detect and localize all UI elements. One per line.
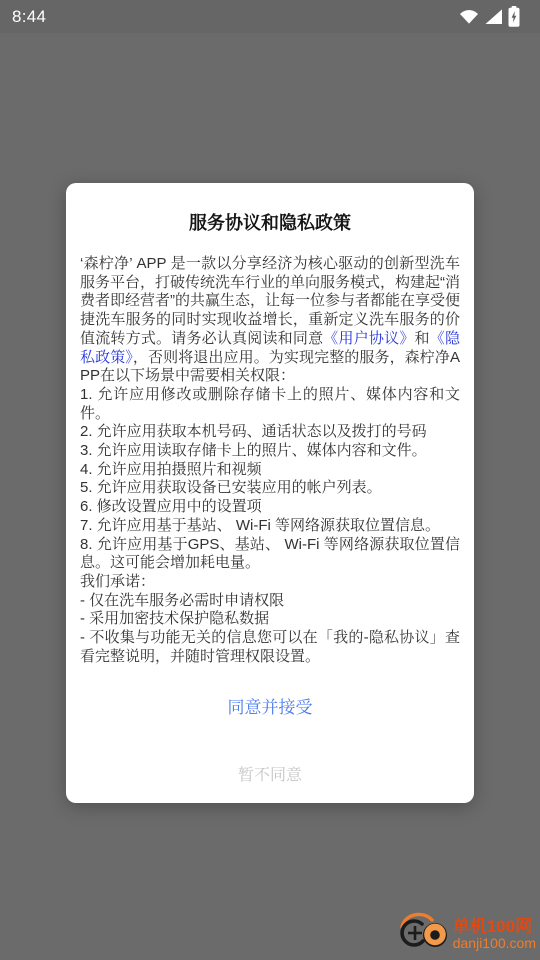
- user-agreement-link[interactable]: 《用户协议》: [323, 330, 414, 347]
- permission-item: 8. 允许应用基于GPS、基站、 Wi-Fi 等网络源获取位置信息。这可能会增加…: [80, 536, 460, 573]
- permission-item: 2. 允许应用获取本机号码、通话状态以及拨打的号码: [80, 423, 460, 442]
- agree-button[interactable]: 同意并接受: [66, 693, 474, 718]
- promise-item: - 不收集与功能无关的信息您可以在「我的-隐私协议」查看完整说明，并随时管理权限…: [80, 629, 460, 666]
- promise-item: - 仅在洗车服务必需时申请权限: [80, 592, 460, 611]
- status-icons: [459, 6, 520, 27]
- permission-item: 6. 修改设置应用中的设置项: [80, 498, 460, 517]
- app-screen: 8:44 服务协议和隐私政策: [0, 0, 540, 960]
- dialog-body: ‘森柠净’ APP 是一款以分享经济为核心驱动的创新型洗车服务平台，打破传统洗车…: [66, 255, 474, 666]
- watermark-text: 单机100网 danji100.com: [453, 918, 536, 951]
- privacy-policy-dialog: 服务协议和隐私政策 ‘森柠净’ APP 是一款以分享经济为核心驱动的创新型洗车服…: [66, 183, 474, 803]
- permission-item: 1. 允许应用修改或删除存储卡上的照片、媒体内容和文件。: [80, 386, 460, 423]
- watermark-site-name: 单机100网: [453, 918, 536, 936]
- dialog-title: 服务协议和隐私政策: [66, 183, 474, 235]
- permission-item: 3. 允许应用读取存储卡上的照片、媒体内容和文件。: [80, 442, 460, 461]
- intro-paragraph: ‘森柠净’ APP 是一款以分享经济为核心驱动的创新型洗车服务平台，打破传统洗车…: [80, 255, 460, 386]
- intro-text-after: ，否则将退出应用。为实现完整的服务，森柠净APP在以下场景中需要相关权限：: [80, 349, 460, 385]
- promise-heading: 我们承诺：: [80, 573, 460, 592]
- status-clock: 8:44: [12, 7, 46, 27]
- permission-item: 7. 允许应用基于基站、 Wi-Fi 等网络源获取位置信息。: [80, 517, 460, 536]
- danji100-logo-icon: [398, 911, 450, 958]
- watermark-site-url: danji100.com: [453, 936, 536, 951]
- permission-item: 5. 允许应用获取设备已安装应用的帐户列表。: [80, 479, 460, 498]
- intro-conjunction: 和: [415, 330, 430, 347]
- promise-item: - 采用加密技术保护隐私数据: [80, 610, 460, 629]
- site-watermark: 单机100网 danji100.com: [398, 911, 536, 958]
- disagree-button[interactable]: 暂不同意: [66, 762, 474, 785]
- permission-item: 4. 允许应用拍摄照片和视频: [80, 461, 460, 480]
- signal-icon: [484, 8, 503, 25]
- wifi-icon: [459, 8, 479, 25]
- status-bar: 8:44: [0, 0, 540, 33]
- battery-charging-icon: [508, 6, 520, 27]
